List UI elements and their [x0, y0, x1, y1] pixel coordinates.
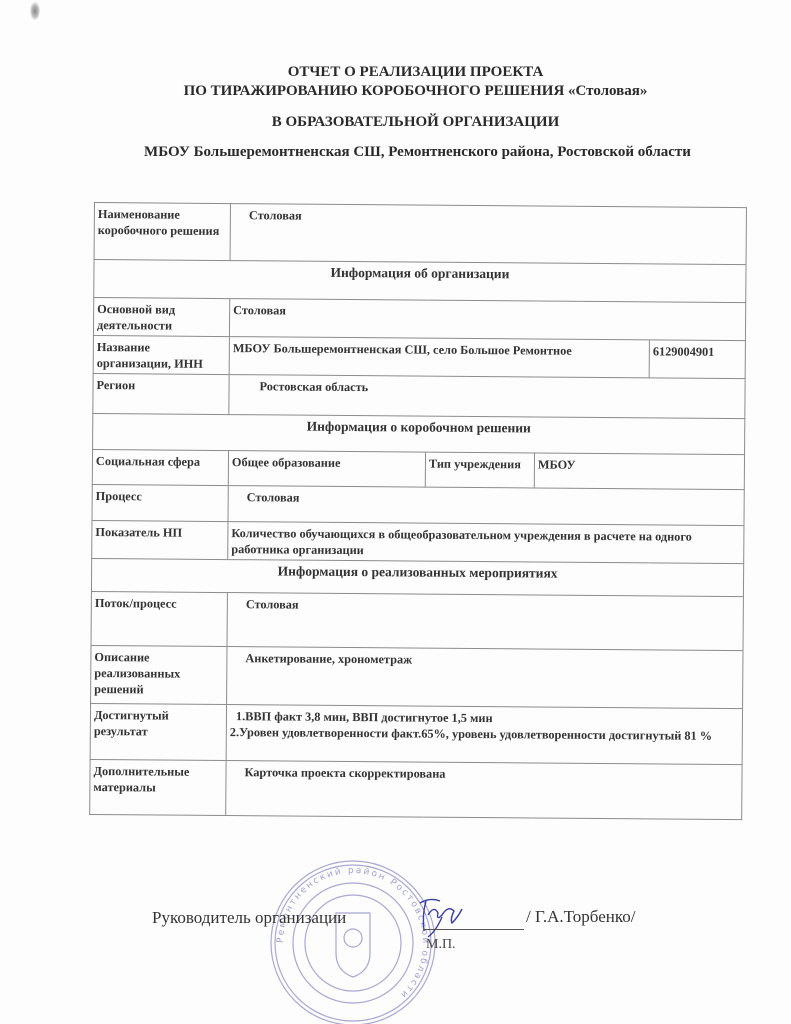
report-title-line3: В ОБРАЗОВАТЕЛЬНОЙ ОРГАНИЗАЦИИ: [20, 114, 791, 131]
scan-artifact: [30, 2, 40, 20]
signatory-name: / Г.А.Торбенко/: [526, 907, 635, 927]
table-row-social-sphere: Социальная сфера Общее образование Тип у…: [92, 449, 744, 489]
activity-label: Основной вид деятельности: [93, 298, 229, 337]
table-row-flow: Поток/процесс Столовая: [91, 591, 743, 650]
official-stamp-icon: Ремонтненский район Ростовской области: [268, 858, 438, 1024]
section-heading-solution: Информация о коробочном решении: [93, 413, 745, 454]
org-name-value: МБОУ Большеремонтненская СШ, село Большо…: [229, 337, 649, 378]
org-name-label: Название организации, ИНН: [93, 335, 229, 374]
table-row-additional: Дополнительные материалы Карточка проект…: [90, 759, 742, 819]
institution-type-label: Тип учреждения: [425, 452, 534, 488]
activity-value: Столовая: [229, 299, 745, 341]
section-heading-events: Информация о реализованных мероприятиях: [91, 558, 743, 596]
flow-value: Столовая: [227, 593, 743, 651]
report-table: Наименование коробочного решения Столова…: [89, 202, 747, 820]
indicator-label: Показатель НП: [92, 520, 228, 559]
result-value: 1.ВВП факт 3,8 мин, ВВП достигнутое 1,5 …: [226, 705, 742, 765]
table-row-region: Регион Ростовская область: [93, 373, 745, 418]
result-line-2: 2.Уровен удовлетворенности факт.65%, уро…: [230, 724, 739, 744]
region-label: Регион: [93, 373, 229, 414]
solution-name-label: Наименование коробочного решения: [94, 203, 230, 261]
description-label: Описание реализованных решений: [91, 645, 227, 704]
table-row-result: Достигнутый результат 1.ВВП факт 3,8 мин…: [90, 703, 742, 764]
organization-title: МБОУ Большеремонтненская СШ, Ремонтненск…: [22, 144, 791, 161]
indicator-value: Количество обучающихся в общеобразовател…: [228, 522, 744, 564]
signature-line: [424, 929, 524, 930]
additional-value: Карточка проекта скорректирована: [226, 761, 742, 820]
social-sphere-label: Социальная сфера: [92, 449, 228, 485]
institution-type-value: МБОУ: [534, 453, 744, 490]
process-value: Столовая: [228, 486, 744, 526]
additional-label: Дополнительные материалы: [90, 759, 226, 815]
region-value: Ростовская область: [229, 375, 745, 419]
table-row-description: Описание реализованных решений Анкетиров…: [91, 645, 743, 708]
report-title-line1: ОТЧЕТ О РЕАЛИЗАЦИИ ПРОЕКТА: [20, 64, 791, 81]
section-heading-organization: Информация об организации: [94, 260, 746, 303]
signature-label: Руководитель организации: [152, 908, 346, 928]
social-sphere-value: Общее образование: [228, 451, 425, 488]
stamp-place-mark: М.П.: [426, 937, 456, 953]
table-row-solution-name: Наименование коробочного решения Столова…: [94, 203, 746, 265]
table-row-org-name: Название организации, ИНН МБОУ Большерем…: [93, 335, 745, 378]
handwritten-signature-icon: [412, 893, 472, 938]
flow-label: Поток/процесс: [91, 591, 227, 646]
description-value: Анкетирование, хронометраж: [227, 647, 743, 709]
process-label: Процесс: [92, 484, 228, 521]
table-row-indicator: Показатель НП Количество обучающихся в о…: [92, 520, 744, 563]
table-row-activity: Основной вид деятельности Столовая: [93, 298, 745, 341]
report-title-line2: ПО ТИРАЖИРОВАНИЮ КОРОБОЧНОГО РЕШЕНИЯ «Ст…: [20, 83, 791, 100]
result-label: Достигнутый результат: [90, 703, 226, 760]
inn-value: 6129004901: [649, 340, 745, 379]
solution-name-value: Столовая: [230, 204, 746, 265]
table-row-process: Процесс Столовая: [92, 484, 744, 525]
